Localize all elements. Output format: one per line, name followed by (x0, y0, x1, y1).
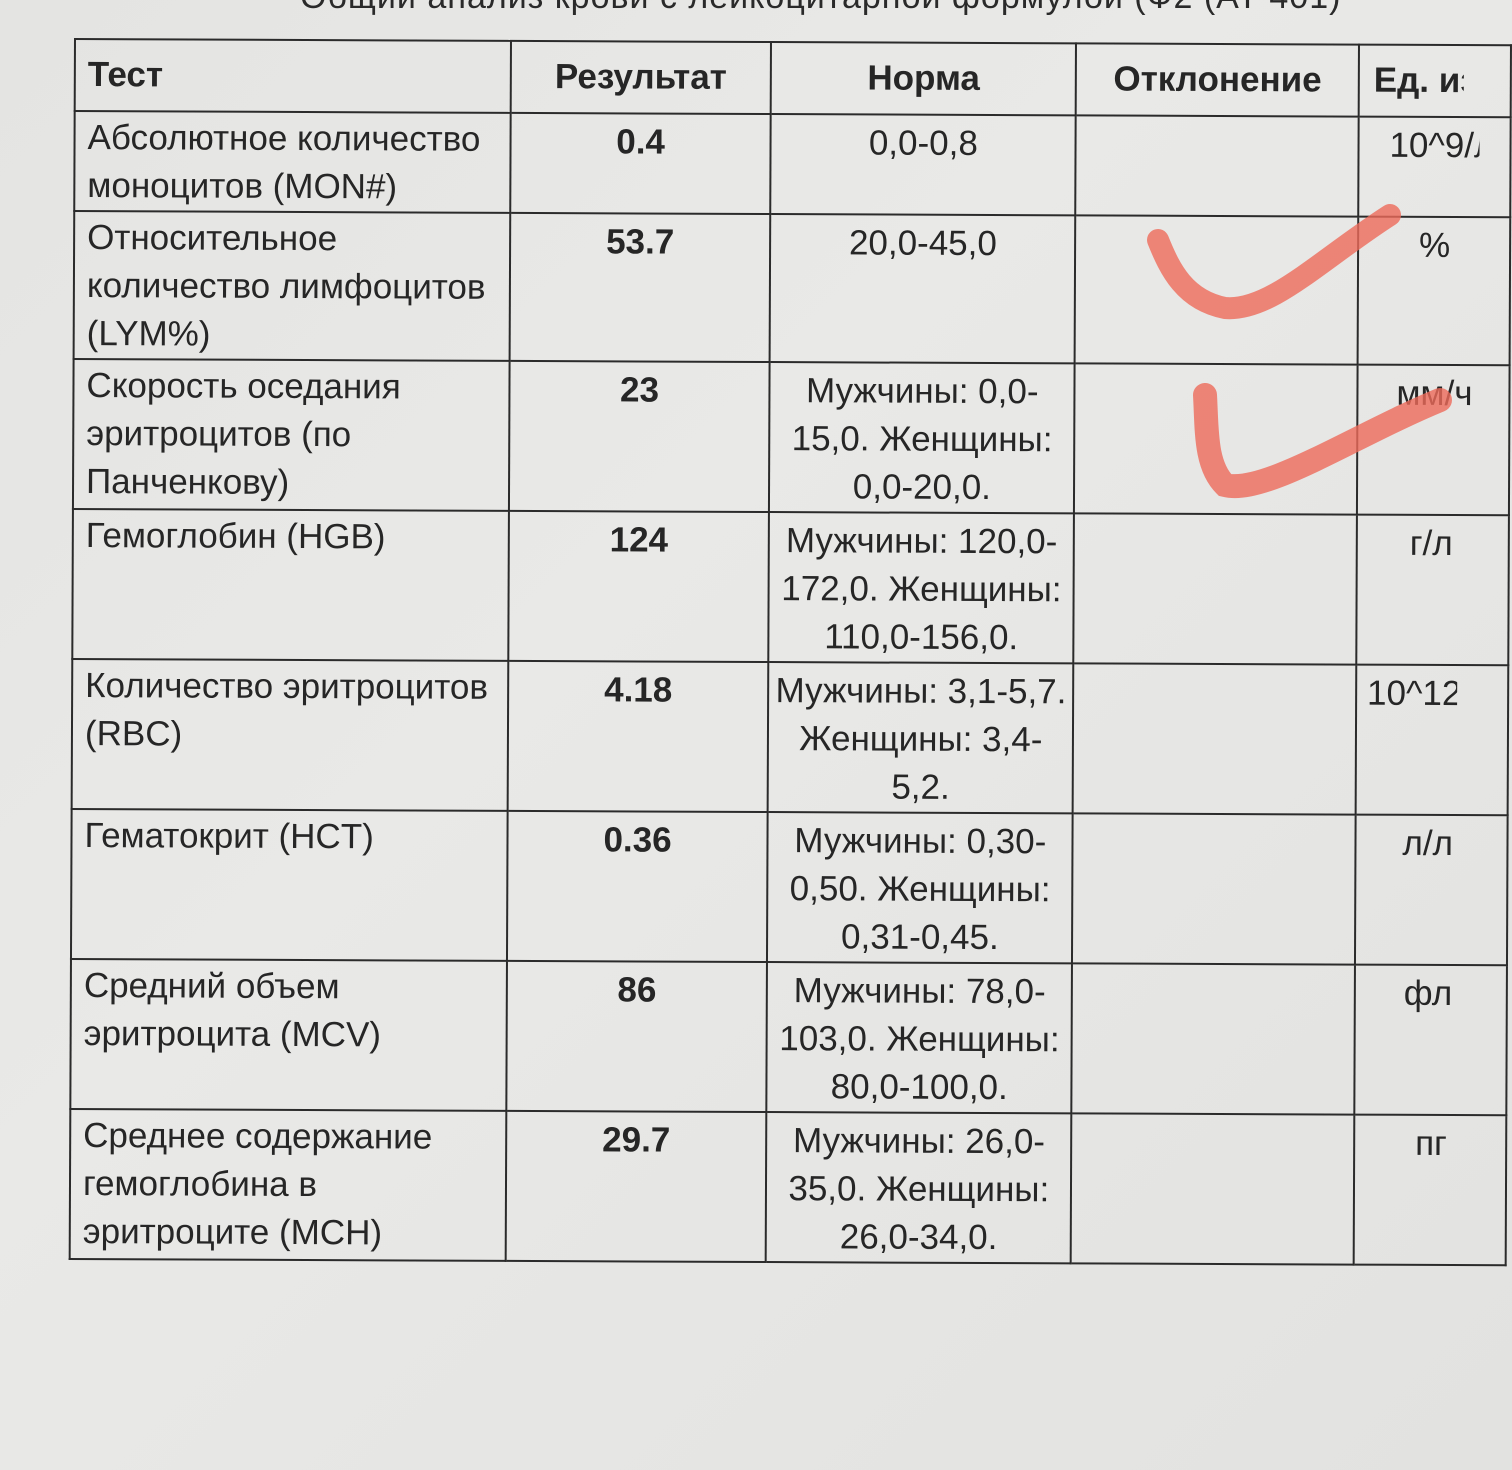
deviation-cell (1074, 363, 1357, 514)
table-row: Абсолютное количество моноцитов (MON#) 0… (74, 111, 1510, 217)
norm-range: Мужчины: 78,0-103,0. Женщины: 80,0-100,0… (767, 962, 1073, 1113)
norm-range: Мужчины: 26,0-35,0. Женщины: 26,0-34,0. (766, 1112, 1072, 1263)
result-value: 53.7 (510, 213, 771, 362)
test-name: Гематокрит (HCT) (71, 809, 508, 961)
deviation-cell (1076, 115, 1359, 216)
unit-cell: % (1358, 217, 1511, 366)
table-row: Скорость оседания эритроцитов (по Панчен… (73, 359, 1510, 515)
table-row: Гемоглобин (HGB) 124 Мужчины: 120,0-172,… (72, 509, 1509, 665)
lab-results-table: Тест Результат Норма Отклонение Ед. изм.… (69, 38, 1512, 1266)
test-name: Количество эритроцитов (RBC) (72, 659, 509, 811)
table-header-row: Тест Результат Норма Отклонение Ед. изм. (75, 39, 1511, 117)
norm-range: Мужчины: 0,30-0,50. Женщины: 0,31-0,45. (767, 812, 1073, 963)
table-row: Средний объем эритроцита (MCV) 86 Мужчин… (70, 959, 1507, 1115)
result-value: 23 (509, 361, 770, 512)
norm-range: 20,0-45,0 (770, 214, 1076, 363)
test-name: Относительное количество лимфоцитов (LYM… (74, 211, 511, 361)
test-name: Абсолютное количество моноцитов (MON#) (74, 111, 510, 213)
unit-cell: 10^9/л (1358, 117, 1510, 218)
norm-range: 0,0-0,8 (770, 114, 1076, 215)
result-value: 86 (506, 961, 767, 1112)
result-value: 0.36 (507, 811, 768, 962)
norm-range: Мужчины: 120,0-172,0. Женщины: 110,0-156… (768, 512, 1074, 663)
table-row: Относительное количество лимфоцитов (LYM… (74, 211, 1511, 365)
test-name: Средний объем эритроцита (MCV) (70, 959, 507, 1111)
table-row: Среднее содержание гемоглобина в эритроц… (70, 1109, 1507, 1265)
test-name: Скорость оседания эритроцитов (по Панчен… (73, 359, 510, 511)
table-row: Количество эритроцитов (RBC) 4.18 Мужчин… (72, 659, 1509, 815)
unit-cell: 10^12/л (1356, 665, 1509, 816)
deviation-cell (1075, 215, 1358, 364)
result-value: 4.18 (508, 661, 769, 812)
header-unit: Ед. изм. (1359, 45, 1511, 118)
document-heading-cut: Общий анализ крови с лейкоцитарной форму… (300, 0, 1341, 17)
norm-range: Мужчины: 0,0-15,0. Женщины: 0,0-20,0. (769, 362, 1075, 513)
result-value: 124 (508, 511, 769, 662)
norm-range: Мужчины: 3,1-5,7. Женщины: 3,4-5,2. (768, 662, 1074, 813)
table-row: Гематокрит (HCT) 0.36 Мужчины: 0,30-0,50… (71, 809, 1508, 965)
header-result: Результат (511, 41, 772, 114)
header-test: Тест (75, 39, 511, 113)
header-norm: Норма (771, 42, 1077, 115)
deviation-cell (1072, 813, 1355, 964)
unit-cell: г/л (1356, 515, 1509, 666)
unit-cell: л/л (1355, 815, 1508, 966)
result-value: 0.4 (510, 113, 771, 214)
test-name: Среднее содержание гемоглобина в эритроц… (70, 1109, 507, 1261)
result-value: 29.7 (506, 1111, 767, 1262)
deviation-cell (1074, 513, 1357, 664)
unit-cell: мм/ч (1357, 365, 1510, 516)
unit-cell: фл (1354, 965, 1507, 1116)
header-deviation: Отклонение (1076, 43, 1359, 116)
deviation-cell (1071, 1113, 1354, 1264)
deviation-cell (1072, 963, 1355, 1114)
unit-cell: пг (1354, 1115, 1507, 1266)
test-name: Гемоглобин (HGB) (72, 509, 509, 661)
deviation-cell (1073, 663, 1356, 814)
